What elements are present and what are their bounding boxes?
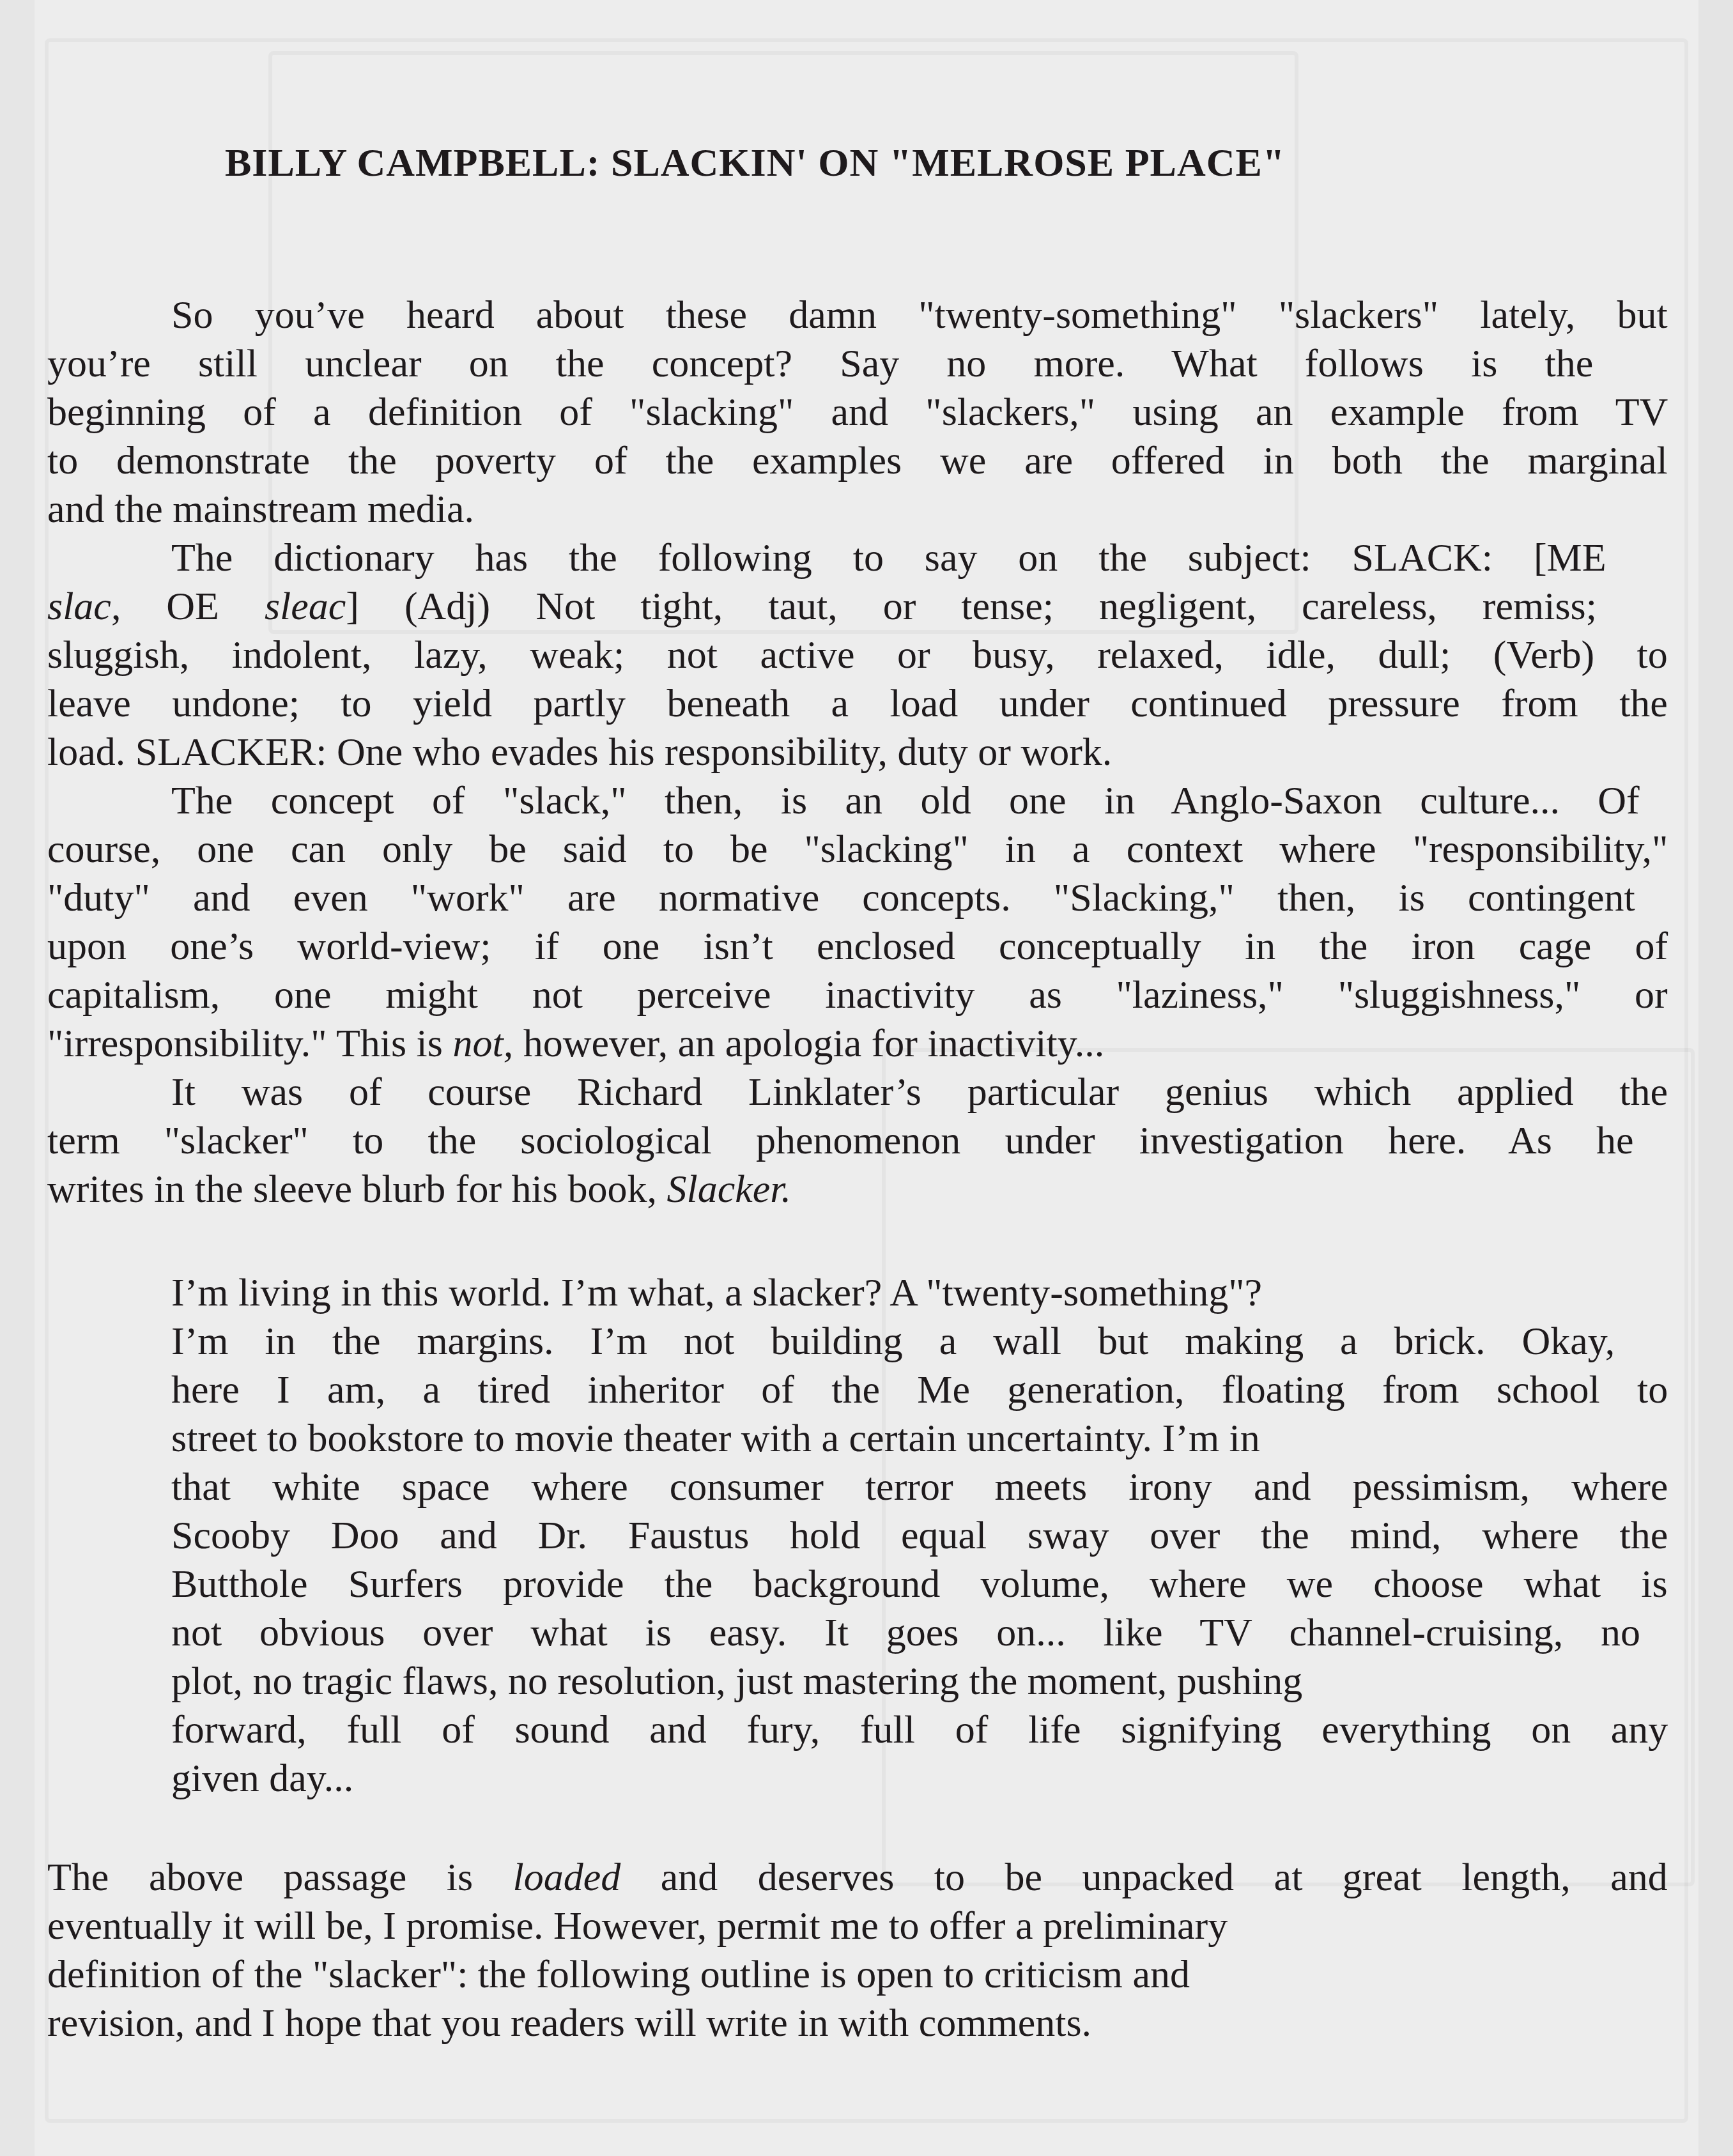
paragraph-3-line: The concept of "slack," then, is an old … bbox=[171, 776, 1640, 825]
blockquote-line: plot, no tragic flaws, no resolution, ju… bbox=[171, 1657, 1302, 1706]
closing-paragraph-line: The above passage is loaded and deserves… bbox=[47, 1853, 1668, 1902]
paragraph-2-line: slac, OE sleac] (Adj) Not tight, taut, o… bbox=[47, 582, 1597, 631]
article-title: BILLY CAMPBELL: SLACKIN' ON "MELROSE PLA… bbox=[225, 141, 1516, 186]
document-page: BILLY CAMPBELL: SLACKIN' ON "MELROSE PLA… bbox=[0, 0, 1733, 2156]
paragraph-2-line: leave undone; to yield partly beneath a … bbox=[47, 679, 1668, 728]
blockquote-line: I’m living in this world. I’m what, a sl… bbox=[171, 1268, 1262, 1317]
blockquote-line: I’m in the margins. I’m not building a w… bbox=[171, 1317, 1615, 1366]
paragraph-2-line: The dictionary has the following to say … bbox=[171, 534, 1606, 582]
paragraph-4-line: writes in the sleeve blurb for his book,… bbox=[47, 1165, 791, 1213]
paragraph-1-line: you’re still unclear on the concept? Say… bbox=[47, 339, 1593, 388]
blockquote-line: not obvious over what is easy. It goes o… bbox=[171, 1608, 1640, 1657]
paragraph-3-line: course, one can only be said to be "slac… bbox=[47, 825, 1668, 874]
paragraph-1-line: beginning of a definition of "slacking" … bbox=[47, 388, 1668, 436]
paragraph-2-line: sluggish, indolent, lazy, weak; not acti… bbox=[47, 631, 1668, 679]
closing-paragraph-line: definition of the "slacker": the followi… bbox=[47, 1950, 1190, 1999]
closing-paragraph-line: revision, and I hope that you readers wi… bbox=[47, 1999, 1091, 2047]
closing-paragraph-line: eventually it will be, I promise. Howeve… bbox=[47, 1902, 1228, 1950]
paragraph-1-line: and the mainstream media. bbox=[47, 485, 474, 534]
paragraph-3-line: upon one’s world-view; if one isn’t encl… bbox=[47, 922, 1668, 971]
paragraph-1-line: to demonstrate the poverty of the exampl… bbox=[47, 436, 1668, 485]
blockquote-line: street to bookstore to movie theater wit… bbox=[171, 1414, 1260, 1463]
paragraph-3-line: "irresponsibility." This is not, however… bbox=[47, 1019, 1104, 1068]
blockquote-line: here I am, a tired inheritor of the Me g… bbox=[171, 1366, 1668, 1414]
blockquote-line: given day... bbox=[171, 1754, 353, 1803]
blockquote-line: Scooby Doo and Dr. Faustus hold equal sw… bbox=[171, 1511, 1668, 1560]
paragraph-3-line: capitalism, one might not perceive inact… bbox=[47, 971, 1668, 1019]
blockquote-line: that white space where consumer terror m… bbox=[171, 1463, 1668, 1511]
paragraph-3-line: "duty" and even "work" are normative con… bbox=[47, 874, 1635, 922]
blockquote-line: forward, full of sound and fury, full of… bbox=[171, 1706, 1668, 1754]
paragraph-2-line: load. SLACKER: One who evades his respon… bbox=[47, 728, 1112, 776]
blockquote-line: Butthole Surfers provide the background … bbox=[171, 1560, 1668, 1608]
paragraph-4-line: term "slacker" to the sociological pheno… bbox=[47, 1116, 1634, 1165]
paragraph-4-line: It was of course Richard Linklater’s par… bbox=[171, 1068, 1668, 1116]
paragraph-1-line: So you’ve heard about these damn "twenty… bbox=[171, 291, 1668, 339]
